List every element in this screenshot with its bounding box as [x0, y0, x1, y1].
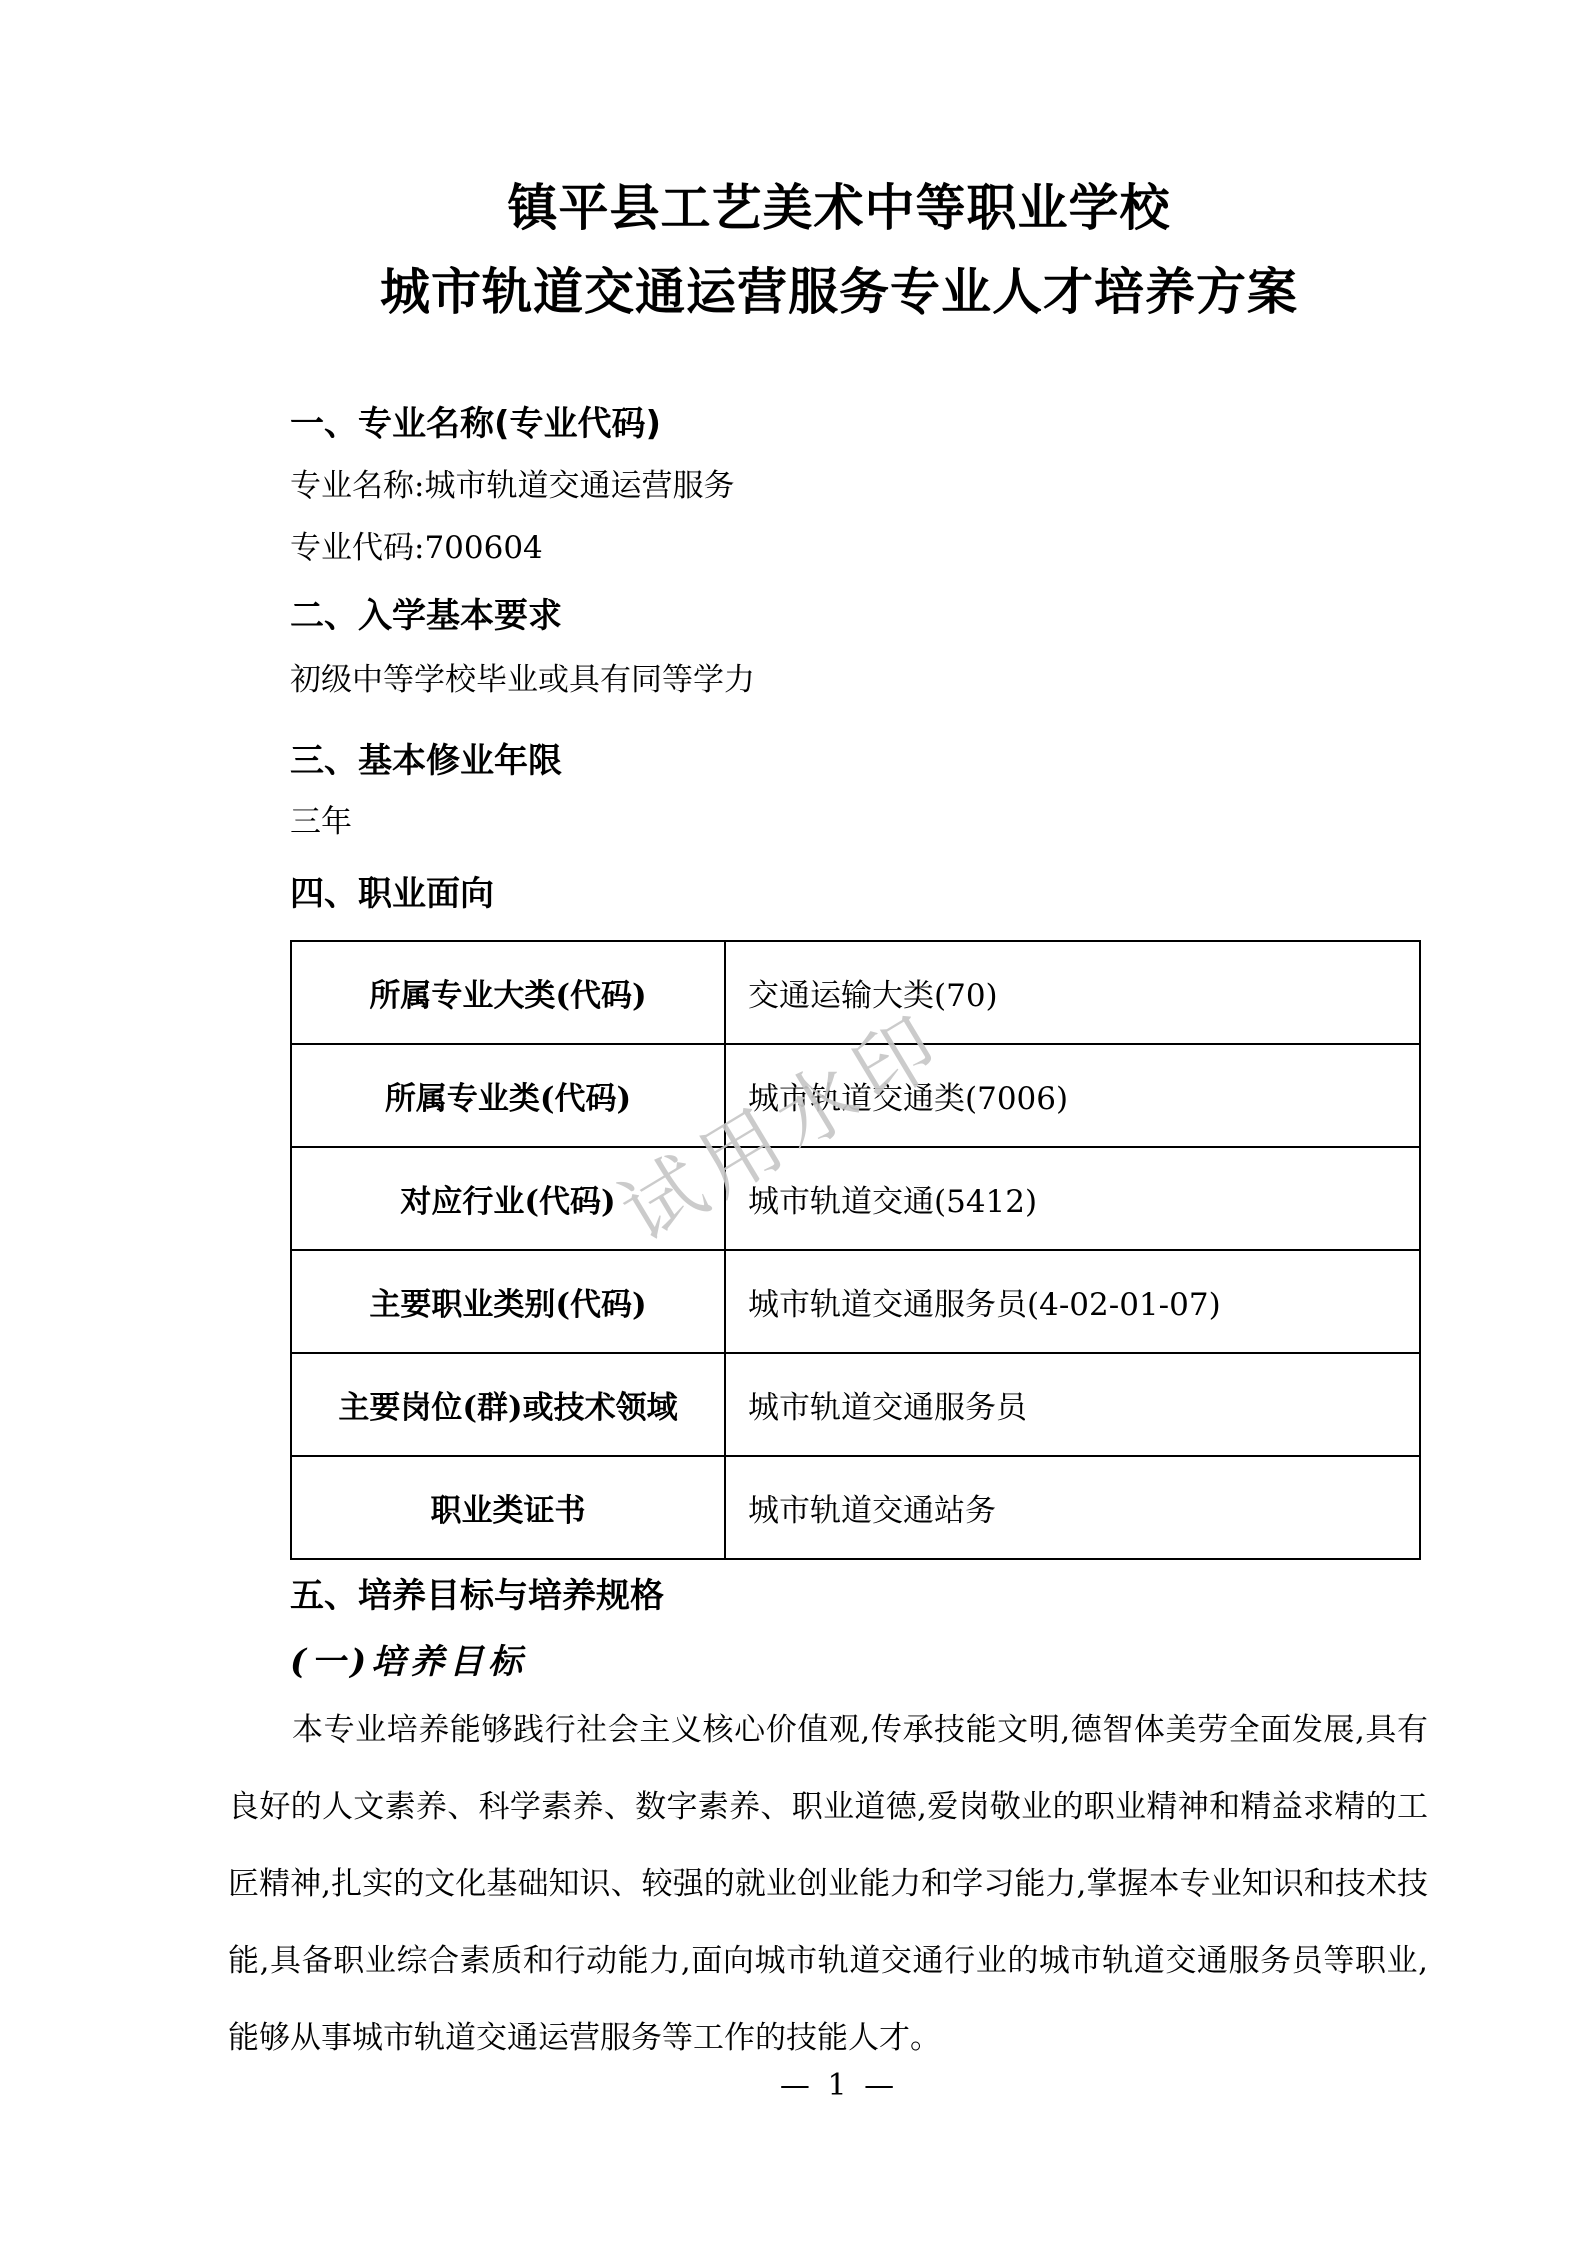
- table-row-label: 对应行业(代码): [291, 1147, 725, 1250]
- career-orientation-table: 所属专业大类(代码) 交通运输大类(70) 所属专业类(代码) 城市轨道交通类(…: [290, 940, 1421, 1560]
- major-code-line: 专业代码:700604: [290, 522, 543, 567]
- table-row: 所属专业类(代码) 城市轨道交通类(7006): [291, 1044, 1420, 1147]
- table-row: 主要职业类别(代码) 城市轨道交通服务员(4-02-01-07): [291, 1250, 1420, 1353]
- table-row-label: 主要岗位(群)或技术领域: [291, 1353, 725, 1456]
- section-heading-study-duration: 三、基本修业年限: [290, 733, 562, 782]
- entry-requirements-text: 初级中等学校毕业或具有同等学力: [290, 654, 755, 699]
- section-heading-entry-requirements: 二、入学基本要求: [290, 588, 562, 637]
- section-heading-career-orientation: 四、职业面向: [290, 866, 494, 915]
- table-row-value: 城市轨道交通服务员: [725, 1353, 1420, 1456]
- table-row: 所属专业大类(代码) 交通运输大类(70): [291, 941, 1420, 1044]
- table-row-label: 主要职业类别(代码): [291, 1250, 725, 1353]
- study-duration-text: 三年: [290, 796, 352, 841]
- table-row: 职业类证书 城市轨道交通站务: [291, 1456, 1420, 1559]
- table-row: 主要岗位(群)或技术领域 城市轨道交通服务员: [291, 1353, 1420, 1456]
- section-heading-training-objectives: 五、培养目标与培养规格: [290, 1568, 664, 1617]
- page-number: — 1 —: [250, 2068, 1428, 2103]
- table-row-value: 城市轨道交通站务: [725, 1456, 1420, 1559]
- document-title-line-2: 城市轨道交通运营服务专业人才培养方案: [250, 252, 1428, 324]
- table-row-value: 城市轨道交通类(7006): [725, 1044, 1420, 1147]
- training-objective-paragraph: 本专业培养能够践行社会主义核心价值观,传承技能文明,德智体美劳全面发展,具有良好…: [228, 1692, 1428, 2077]
- document-page: 试用水印 镇平县工艺美术中等职业学校 城市轨道交通运营服务专业人才培养方案 一、…: [0, 0, 1587, 2245]
- major-name-line: 专业名称:城市轨道交通运营服务: [290, 460, 734, 505]
- table-row-value: 交通运输大类(70): [725, 941, 1420, 1044]
- table-row-label: 职业类证书: [291, 1456, 725, 1559]
- table-row-value: 城市轨道交通服务员(4-02-01-07): [725, 1250, 1420, 1353]
- sub-heading-training-objective: (一)培养目标: [290, 1634, 527, 1683]
- document-title-line-1: 镇平县工艺美术中等职业学校: [250, 168, 1428, 240]
- section-heading-major-name: 一、专业名称(专业代码): [290, 396, 661, 445]
- table-row-label: 所属专业大类(代码): [291, 941, 725, 1044]
- table-row-label: 所属专业类(代码): [291, 1044, 725, 1147]
- table-row-value: 城市轨道交通(5412): [725, 1147, 1420, 1250]
- table-row: 对应行业(代码) 城市轨道交通(5412): [291, 1147, 1420, 1250]
